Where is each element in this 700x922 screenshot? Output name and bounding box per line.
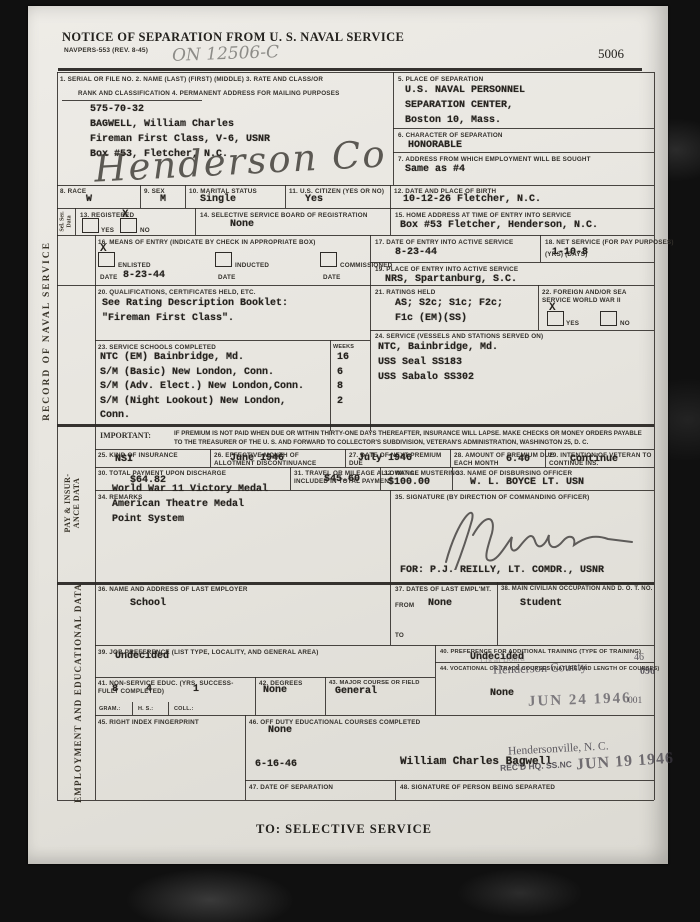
field-14-value: None xyxy=(230,217,254,232)
field-38-value: Student xyxy=(520,596,562,611)
side-label-naval-service: RECORD OF NAVAL SERVICE xyxy=(42,236,52,426)
field-7-value: Same as #4 xyxy=(405,162,465,177)
header-rule xyxy=(58,68,642,71)
field-48-label: 48. SIGNATURE OF PERSON BEING SEPARATED xyxy=(400,784,555,791)
signature-scribble xyxy=(418,500,648,570)
field-37-from-label: FROM xyxy=(395,602,414,609)
side-label-sel-ser: Sel. Ser. Data xyxy=(60,206,73,238)
footer-routing: TO: SELECTIVE SERVICE xyxy=(256,822,432,837)
field-21-label: 21. RATINGS HELD xyxy=(375,289,435,296)
side-label-pay-insurance: PAY & INSUR-ANCE DATA xyxy=(63,455,81,551)
side-label-pay-line2: ANCE DATA xyxy=(72,478,81,529)
enlisted-date-label: DATE xyxy=(100,274,117,281)
county-date-stamp: JUN 24 1946 xyxy=(528,690,632,711)
field-26-value: June 1946 xyxy=(230,451,284,466)
field-19-value: NRS, Spartanburg, S.C. xyxy=(385,272,517,287)
stamp-margin-number-2: 096 xyxy=(640,666,655,677)
scanned-document: NOTICE OF SEPARATION FROM U. S. NAVAL SE… xyxy=(0,0,700,922)
gram-label: GRAM.: xyxy=(99,706,120,712)
checkbox-yes-label: YES xyxy=(101,227,114,234)
field-41-hs-value: 4 xyxy=(146,682,152,697)
checkbox-inducted xyxy=(215,252,232,267)
side-label-employment: EMPLOYMENT AND EDUCATIONAL DATA xyxy=(73,581,83,805)
checkbox-inducted-label: INDUCTED xyxy=(235,262,269,269)
field-23-weeks: 16 6 8 2 xyxy=(337,351,349,409)
field-36-value: School xyxy=(130,596,166,611)
field-18-value: 1-10-8 xyxy=(552,245,588,260)
inducted-date-label: DATE xyxy=(218,274,235,281)
form-number: NAVPERS-553 (REV. 8-45) xyxy=(64,47,148,54)
weeks-column-label: WEEKS xyxy=(333,344,354,350)
field-8-label: 8. RACE xyxy=(60,188,86,195)
hs-label: H. S.: xyxy=(138,706,153,712)
coll-label: COLL.: xyxy=(174,706,194,712)
field-20-value: See Rating Description Booklet: "Fireman… xyxy=(102,296,288,326)
field-45-label: 45. RIGHT INDEX FINGERPRINT xyxy=(98,719,199,726)
field-6-value: HONORABLE xyxy=(408,138,462,153)
commissioned-date-label: DATE xyxy=(323,274,340,281)
outer-left-border xyxy=(57,72,58,800)
field-23-label: 23. SERVICE SCHOOLS COMPLETED xyxy=(98,344,216,351)
field-8-value: W xyxy=(86,192,92,207)
stamp-margin-number-3: 001 xyxy=(628,696,642,706)
field-44-value: None xyxy=(490,686,514,701)
field-38-label: 38. MAIN CIVILIAN OCCUPATION AND D. O. T… xyxy=(501,586,653,592)
field-37-to-label: TO xyxy=(395,632,404,639)
field-20-label: 20. QUALIFICATIONS, CERTIFICATES HELD, E… xyxy=(98,289,256,296)
field-43-value: General xyxy=(335,684,377,699)
checkbox-foreign-yes-label: YES xyxy=(566,320,579,327)
field-21-value: AS; S2c; S1c; F2c; F1c (EM)(SS) xyxy=(395,296,503,326)
field-31-value: $45.60 xyxy=(324,472,360,487)
field-33-value: W. L. BOYCE LT. USN xyxy=(470,475,584,490)
checkbox-foreign-no-label: NO xyxy=(620,320,630,327)
field-41-coll-value: 1 xyxy=(193,682,199,697)
registered-no-mark: X xyxy=(122,209,129,221)
field-34-value: World War 11 Victory Medal American Thea… xyxy=(112,482,268,527)
field-46-value: None xyxy=(268,723,292,738)
field-25-value: NSI xyxy=(115,452,133,467)
field-47-value: 6-16-46 xyxy=(255,757,297,772)
field-10-value: Single xyxy=(200,192,236,207)
field-15-value: Box #53 Fletcher, Henderson, N.C. xyxy=(400,218,598,233)
field-11-value: Yes xyxy=(305,192,323,207)
field-16-label: 16. MEANS OF ENTRY (INDICATE BY CHECK IN… xyxy=(98,239,316,246)
field-25-label: 25. KIND OF INSURANCE xyxy=(98,452,178,459)
stamp-margin-number-1: 46 xyxy=(634,652,644,663)
field-5-label: 5. PLACE OF SEPARATION xyxy=(398,76,483,83)
field-3-4-labels: RANK AND CLASSIFICATION 4. PERMANENT ADD… xyxy=(78,90,340,97)
field-17-value: 8-23-44 xyxy=(395,245,437,260)
county-stamp: Henderson County xyxy=(493,659,588,677)
field-42-value: None xyxy=(263,683,287,698)
form-top-border xyxy=(57,72,654,73)
foreign-yes-mark: X xyxy=(549,302,556,314)
sheet-number: 5006 xyxy=(598,46,624,62)
important-text: IF PREMIUM IS NOT PAID WHEN DUE OR WITHI… xyxy=(174,430,648,447)
field-9-value: M xyxy=(160,192,166,207)
field-36-label: 36. NAME AND ADDRESS OF LAST EMPLOYER xyxy=(98,586,248,593)
paper-sheet: NOTICE OF SEPARATION FROM U. S. NAVAL SE… xyxy=(28,6,668,864)
field-28-label: 28. AMOUNT OF PREMIUM DUE EACH MONTH xyxy=(454,452,554,467)
side-label-pay-line1: PAY & INSUR- xyxy=(63,473,72,532)
checkbox-no-label: NO xyxy=(140,227,150,234)
pencil-note: ON 12506-C xyxy=(172,42,280,66)
checkbox-commissioned xyxy=(320,252,337,267)
field-24-label: 24. SERVICE (VESSELS AND STATIONS SERVED… xyxy=(375,333,543,340)
field-29-value: Continue xyxy=(570,452,618,467)
checkbox-foreign-no xyxy=(600,311,617,326)
checkbox-registered-yes xyxy=(82,218,99,233)
field-1-2-3-labels: 1. SERIAL OR FILE NO. 2. NAME (LAST) (FI… xyxy=(60,76,323,83)
field-47-label: 47. DATE OF SEPARATION xyxy=(249,784,333,791)
enlisted-date-value: 8-23-44 xyxy=(123,268,165,283)
field-37-label: 37. DATES OF LAST EMPL'MT. xyxy=(395,586,491,593)
field-39-value: Undecided xyxy=(115,649,169,664)
field-24-value: NTC, Bainbridge, Md. USS Seal SS183 USS … xyxy=(378,340,498,385)
field-11-label: 11. U.S. CITIZEN (YES OR NO) xyxy=(289,188,384,195)
form-bottom-border xyxy=(57,800,654,801)
outer-right-border xyxy=(654,72,655,800)
enlisted-mark: X xyxy=(100,243,107,255)
field-23-schools: NTC (EM) Bainbridge, Md. S/M (Basic) New… xyxy=(100,351,304,424)
field-37-from-value: None xyxy=(428,596,452,611)
field-32-value: $100.00 xyxy=(388,475,430,490)
field-41-gram-value: 8 xyxy=(112,682,118,697)
field-27-value: July 1946 xyxy=(358,451,412,466)
field-14-label: 14. SELECTIVE SERVICE BOARD OF REGISTRAT… xyxy=(200,212,368,219)
field-12-value: 10-12-26 Fletcher, N.C. xyxy=(403,192,541,207)
field-41-label: 41. NON-SERVICE EDUC. (YRS. SUCCESS- FUL… xyxy=(98,680,234,695)
field-5-value: U.S. NAVAL PERSONNEL SEPARATION CENTER, … xyxy=(405,83,525,128)
field-28-value: 6.40 xyxy=(506,452,530,467)
important-label: IMPORTANT: xyxy=(100,432,151,441)
